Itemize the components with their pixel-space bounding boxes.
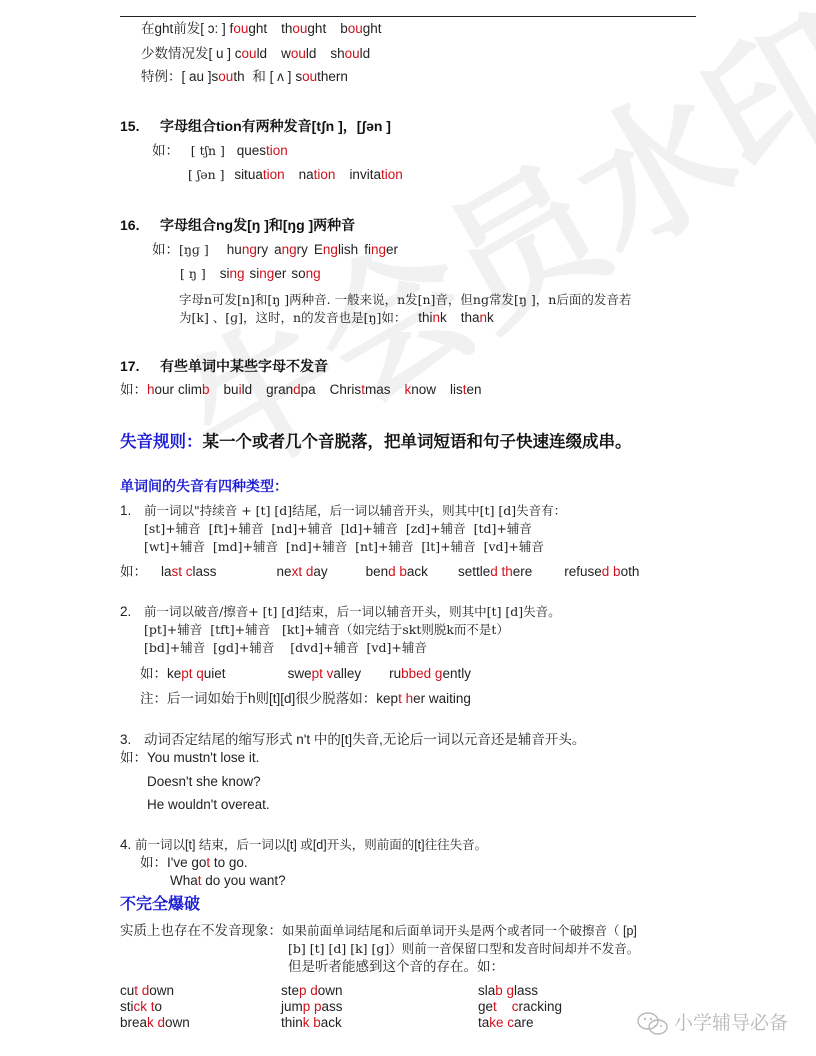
plain: ere: [513, 564, 533, 579]
eg-label: 如：: [120, 382, 147, 397]
example-word: singer: [250, 266, 287, 281]
plain: ke: [167, 666, 181, 681]
u-prefix: 少数情况发[ u ]: [141, 46, 231, 61]
plain: th: [281, 21, 292, 36]
highlight: t c: [493, 999, 519, 1014]
type3-example-1: 如：You mustn't lose it.: [120, 749, 259, 767]
plain: en: [467, 382, 482, 397]
sec16-line2: [ ŋ ]singsingersong: [180, 265, 321, 283]
example-word: grandpa: [266, 382, 316, 397]
plain: settle: [458, 564, 490, 579]
plain: w: [281, 46, 291, 61]
plain: ld: [257, 46, 268, 61]
ght-prefix: 在ght前发[ ɔ: ]: [141, 21, 226, 36]
plain: alley: [333, 666, 361, 681]
example-word: would: [281, 46, 316, 61]
plain: th: [233, 69, 244, 84]
highlight: ng: [306, 266, 321, 281]
plain: uiet: [204, 666, 226, 681]
plain: Chris: [330, 382, 362, 397]
plain: thi: [418, 310, 432, 325]
plain: ld: [242, 382, 253, 397]
example-word: stick to: [120, 999, 162, 1014]
type-number: 3.: [120, 731, 144, 749]
plain: ght: [307, 21, 326, 36]
plain: pa: [301, 382, 316, 397]
type4-example-2: What do you want?: [170, 872, 286, 890]
type1-row1: [st]+辅音 [ft]+辅音 [nd]+辅音 [ld]+辅音 [zd]+辅音 …: [144, 520, 532, 538]
type2-examples: 如：kept quietswept valleyrubbed gently: [140, 665, 471, 683]
plain: ta: [478, 1015, 489, 1030]
plain: our: [155, 382, 175, 397]
phrase-line: jump pass: [281, 999, 343, 1015]
type3-text: 3.动词否定结尾的缩写形式 n't 中的[t]失音,无论后一词以元音还是辅音开头…: [120, 731, 585, 749]
highlight: xt d: [292, 564, 314, 579]
highlight: tion: [314, 167, 336, 182]
highlight: t d: [134, 983, 149, 998]
highlight: ck t: [134, 999, 155, 1014]
example-word: nation: [299, 167, 336, 182]
plain: k: [487, 310, 494, 325]
plain: o: [155, 999, 163, 1014]
example-word: should: [330, 46, 370, 61]
plain: na: [299, 167, 314, 182]
plain: gran: [266, 382, 293, 397]
example-word: settled there: [458, 564, 532, 579]
ght-line: 在ght前发[ ɔ: ] foughtthoughtbought: [141, 20, 382, 38]
plain: ght: [248, 21, 267, 36]
type2-note: 注：后一词如始于h则[t][d]很少脱落如：kept her waiting: [140, 690, 471, 708]
highlight: h: [147, 382, 155, 397]
ipa: [ ʃən ]: [188, 167, 225, 182]
plain: swe: [288, 666, 312, 681]
type4-text: 4. 前一词以[t] 结束，后一词以[t] 或[d]开头，则前面的[t]往往失音…: [120, 836, 487, 854]
plain: jum: [281, 999, 303, 1014]
type2-text: 2.前一词以破音/擦音+ [t] [d]结束，后一词以辅音开头，则其中[t] […: [120, 603, 561, 621]
plain: refuse: [564, 564, 602, 579]
plain: lis: [450, 382, 463, 397]
example-word: kept quiet: [167, 666, 226, 681]
plain: situa: [234, 167, 263, 182]
plain: oth: [621, 564, 640, 579]
type4-example-1: 如：I've got to go.: [140, 854, 248, 872]
plain: ass: [322, 999, 343, 1014]
plain: lish: [338, 242, 358, 257]
plain: clim: [178, 382, 202, 397]
incomplete-label: 实质上也存在不发音现象：: [120, 923, 282, 938]
sec15-line2: [ ʃən ] situationnationinvitation: [188, 166, 403, 184]
example-word: get cracking: [478, 999, 562, 1014]
highlight: ng: [282, 242, 297, 257]
type3-example-2: Doesn't she know?: [147, 773, 261, 791]
highlight: ou: [345, 46, 360, 61]
highlight: ng: [230, 266, 245, 281]
example: You mustn't lose it.: [147, 750, 259, 765]
special-line: 特例：[ au ]south 和 [ ʌ ]southern: [141, 68, 348, 86]
example-word: kept her waiting: [376, 691, 471, 706]
sec17-examples: 如：hourclimbbuildgrandpaChristmasknowlist…: [120, 381, 482, 399]
heading-text: 某一个或者几个音脱落，把单词短语和句子快速连缀成串。: [203, 433, 632, 451]
phrase-line: cut down: [120, 983, 190, 999]
plain: thern: [317, 69, 348, 84]
plain: so: [291, 266, 305, 281]
example-word: step down: [281, 983, 343, 998]
example-word: angry: [274, 242, 308, 257]
special-prefix: 特例：[ au ]: [141, 69, 212, 84]
incomplete-col1: cut downstick tobreak down: [120, 983, 190, 1031]
plain: a: [274, 242, 282, 257]
plain: lass: [193, 564, 217, 579]
incomplete-col2: step downjump passthink back: [281, 983, 343, 1031]
highlight: st c: [172, 564, 193, 579]
phrase-line: slab glass: [478, 983, 562, 999]
highlight: ou: [302, 69, 317, 84]
type-text: 前一词以[t] 结束，后一词以[t] 或[d]开头，则前面的[t]往往失音。: [135, 838, 487, 852]
type-text: 前一词以破音/擦音+ [t] [d]结束，后一词以辅音开头，则其中[t] [d]…: [144, 604, 561, 619]
plain: I've go: [167, 855, 206, 870]
example-word: southern: [295, 69, 348, 84]
incomplete-text: 如果前面单词结尾和后面单词开头是两个或者同一个破擦音（ [p]: [282, 924, 637, 938]
plain: mas: [365, 382, 391, 397]
example-word: rubbed gently: [389, 666, 471, 681]
highlight: ou: [292, 21, 307, 36]
eg-label: 如：: [152, 242, 179, 257]
highlight: ng: [242, 242, 257, 257]
example-word: climb: [178, 382, 210, 397]
types-heading: 单词间的失音有四种类型：: [120, 477, 288, 495]
highlight: tion: [263, 167, 285, 182]
example-word: know: [404, 382, 436, 397]
highlight: tion: [381, 167, 403, 182]
example-word: listen: [450, 382, 482, 397]
plain: ay: [313, 564, 327, 579]
highlight: ou: [242, 46, 257, 61]
eg-label: 如：: [140, 666, 167, 681]
highlight: d: [293, 382, 301, 397]
highlight: ou: [348, 21, 363, 36]
plain: thin: [281, 1015, 303, 1030]
incomplete-line2: [b] [t] [d] [k] [g]）则前一音保留口型和发音时间却并不发音。: [288, 940, 639, 958]
plain: ack: [321, 1015, 342, 1030]
plain: ben: [366, 564, 389, 579]
section-number: 15.: [120, 117, 160, 135]
type1-examples: 如：last classnext daybend backsettled the…: [120, 563, 639, 581]
section-17-title: 17.有些单词中某些字母不发音: [120, 357, 328, 375]
plain: ques: [237, 143, 266, 158]
highlight: ng: [323, 242, 338, 257]
plain: ack: [407, 564, 428, 579]
example-word: song: [291, 266, 320, 281]
highlight: t h: [398, 691, 413, 706]
plain: k: [440, 310, 447, 325]
plain: own: [149, 983, 174, 998]
highlight: ou: [291, 46, 306, 61]
example-word: I've got to go.: [167, 855, 248, 870]
phrase-line: stick to: [120, 999, 190, 1015]
example-word: What do you want?: [170, 873, 286, 888]
plain: kep: [376, 691, 398, 706]
plain: sh: [330, 46, 344, 61]
eg-label: 如：: [120, 750, 147, 765]
sec16-note-line1: 字母n可发[n]和[ŋ ]两种音. 一般来说，n发[n]音，但ng常发[ŋ ]，…: [179, 291, 631, 309]
example-word: think: [418, 310, 447, 325]
plain: ne: [277, 564, 292, 579]
footer-brand: 小学辅导必备: [636, 1008, 788, 1037]
example-word: think back: [281, 1015, 342, 1030]
plain: c: [235, 46, 242, 61]
plain: E: [314, 242, 323, 257]
plain: si: [250, 266, 260, 281]
type-text: 前一词以"持续音 + [t] [d]结尾，后一词以辅音开头，则其中[t] [d]…: [144, 503, 566, 518]
plain: la: [161, 564, 172, 579]
highlight: b: [202, 382, 210, 397]
highlight: n: [432, 310, 440, 325]
eg-label: 如：: [140, 855, 167, 870]
plain: ry: [257, 242, 268, 257]
example-word: jump pass: [281, 999, 343, 1014]
highlight: p p: [303, 999, 322, 1014]
incomplete-heading: 不完全爆破: [120, 895, 200, 915]
plain: ently: [442, 666, 471, 681]
highlight: d b: [388, 564, 407, 579]
plain: er waiting: [413, 691, 471, 706]
plain: Wha: [170, 873, 198, 888]
plain: racking: [519, 999, 563, 1014]
plain: ld: [306, 46, 317, 61]
phrase-line: step down: [281, 983, 343, 999]
incomplete-line3: 但是听者能感到这个音的存在。如：: [288, 958, 504, 976]
example-word: cut down: [120, 983, 174, 998]
example-word: last class: [161, 564, 217, 579]
u-line: 少数情况发[ u ] couldwouldshould: [141, 45, 370, 63]
highlight: d th: [490, 564, 513, 579]
highlight: ke c: [489, 1015, 514, 1030]
eg-label: 如：: [120, 564, 147, 579]
highlight: pt q: [181, 666, 204, 681]
type-text: 动词否定结尾的缩写形式 n't 中的[t]失音,无论后一词以元音还是辅音开头。: [144, 732, 585, 747]
highlight: p d: [299, 983, 318, 998]
example-word: take care: [478, 1015, 534, 1030]
plain: tha: [461, 310, 480, 325]
highlight: tion: [266, 143, 288, 158]
brand-name: 小学辅导必备: [674, 1013, 788, 1034]
example-word: build: [224, 382, 253, 397]
plain: fi: [364, 242, 371, 257]
type-number: 4.: [120, 837, 131, 852]
highlight: ng: [371, 242, 386, 257]
highlight: d b: [602, 564, 621, 579]
heading-label: 失音规则：: [120, 433, 203, 451]
note-label: 注：后一词如始于h则[t][d]很少脱落如：: [140, 691, 376, 706]
highlight: ng: [259, 266, 274, 281]
eg-label: 如：: [152, 143, 179, 158]
plain: ru: [389, 666, 401, 681]
highlight: k b: [303, 1015, 321, 1030]
section-number: 16.: [120, 216, 160, 234]
type-number: 2.: [120, 603, 144, 621]
note-text: 为[k] 、[ɡ]，这时，n的发音也是[ŋ]如：: [179, 310, 406, 325]
type1-text: 1.前一词以"持续音 + [t] [d]结尾，后一词以辅音开头，则其中[t] […: [120, 502, 566, 520]
section-16-title: 16.字母组合ng发[ŋ ]和[ŋɡ ]两种音: [120, 216, 355, 234]
plain: brea: [120, 1015, 147, 1030]
plain: to go.: [210, 855, 248, 870]
sec16-note-line2: 为[k] 、[ɡ]，这时，n的发音也是[ŋ]如： thinkthank: [179, 309, 494, 327]
highlight: b g: [495, 983, 514, 998]
plain: b: [340, 21, 348, 36]
example-word: invitation: [349, 167, 402, 182]
plain: ste: [281, 983, 299, 998]
example-word: slab glass: [478, 983, 538, 998]
sec16-line1: 如：[ŋɡ ]hungryangryEnglishfinger: [152, 241, 398, 259]
example-word: thank: [461, 310, 494, 325]
example-word: fought: [230, 21, 268, 36]
plain: si: [220, 266, 230, 281]
type3-example-3: He wouldn't overeat.: [147, 796, 270, 814]
example-word: bought: [340, 21, 381, 36]
plain: hu: [227, 242, 242, 257]
highlight: n: [480, 310, 488, 325]
plain: ld: [360, 46, 371, 61]
phrase-line: break down: [120, 1015, 190, 1031]
example-word: English: [314, 242, 358, 257]
plain: sti: [120, 999, 134, 1014]
example-word: hour: [147, 382, 174, 397]
plain: own: [165, 1015, 190, 1030]
example-word: could: [235, 46, 267, 61]
section-title: 有些单词中某些字母不发音: [160, 358, 328, 374]
example-word: next day: [277, 564, 328, 579]
plain: cu: [120, 983, 134, 998]
phrase-line: take care: [478, 1015, 562, 1031]
example-word: thought: [281, 21, 326, 36]
highlight: pt v: [312, 666, 334, 681]
ipa: [ŋɡ ]: [179, 242, 209, 257]
wechat-icon: [636, 1011, 670, 1037]
plain: invita: [349, 167, 381, 182]
example-word: question: [237, 143, 288, 158]
plain: lass: [514, 983, 538, 998]
section-title: 字母组合tion有两种发音[tʃn ]，[ʃən ]: [160, 118, 391, 134]
plain: sla: [478, 983, 495, 998]
type2-row2: [bd]+辅音 [gd]+辅音 [dvd]+辅音 [vd]+辅音: [144, 639, 427, 657]
section-title: 字母组合ng发[ŋ ]和[ŋɡ ]两种音: [160, 217, 355, 233]
section-15-title: 15.字母组合tion有两种发音[tʃn ]，[ʃən ]: [120, 117, 391, 135]
plain: now: [411, 382, 436, 397]
example-word: hungry: [227, 242, 268, 257]
section-number: 17.: [120, 357, 160, 375]
ipa: [ ŋ ]: [180, 266, 206, 281]
example-word: situation: [234, 167, 284, 182]
type-number: 1.: [120, 502, 144, 520]
example-word: south: [212, 69, 245, 84]
plain: ge: [478, 999, 493, 1014]
plain: bu: [224, 382, 239, 397]
type1-row2: [wt]+辅音 [md]+辅音 [nd]+辅音 [nt]+辅音 [lt]+辅音 …: [144, 538, 544, 556]
sec15-line1: 如： [ tʃn ] question: [152, 142, 288, 160]
phrase-line: think back: [281, 1015, 343, 1031]
plain: own: [318, 983, 343, 998]
example-word: break down: [120, 1015, 190, 1030]
incomplete-col3: slab glassget crackingtake care: [478, 983, 562, 1031]
example-word: finger: [364, 242, 398, 257]
phrase-line: get cracking: [478, 999, 562, 1015]
highlight: k d: [147, 1015, 165, 1030]
example-word: Christmas: [330, 382, 391, 397]
example-word: bend back: [366, 564, 428, 579]
type2-row1: [pt]+辅音 [tft]+辅音 [kt]+辅音（如完结于skt则脱k而不是t）: [144, 621, 509, 639]
highlight: ou: [233, 21, 248, 36]
elision-heading: 失音规则：某一个或者几个音脱落，把单词短语和句子快速连缀成串。: [120, 433, 632, 451]
plain: ry: [297, 242, 308, 257]
ipa: [ tʃn ]: [191, 143, 225, 158]
highlight: bbed g: [401, 666, 442, 681]
plain: are: [514, 1015, 534, 1030]
plain: er: [274, 266, 286, 281]
highlight: ou: [218, 69, 233, 84]
plain: do you want?: [202, 873, 286, 888]
top-rule: [120, 16, 696, 17]
special-mid: 和 [ ʌ ]: [249, 69, 292, 84]
incomplete-line1: 实质上也存在不发音现象：如果前面单词结尾和后面单词开头是两个或者同一个破擦音（ …: [120, 922, 637, 940]
example-word: sing: [220, 266, 245, 281]
plain: er: [386, 242, 398, 257]
example-word: refused both: [564, 564, 639, 579]
example-word: swept valley: [288, 666, 362, 681]
plain: ght: [363, 21, 382, 36]
